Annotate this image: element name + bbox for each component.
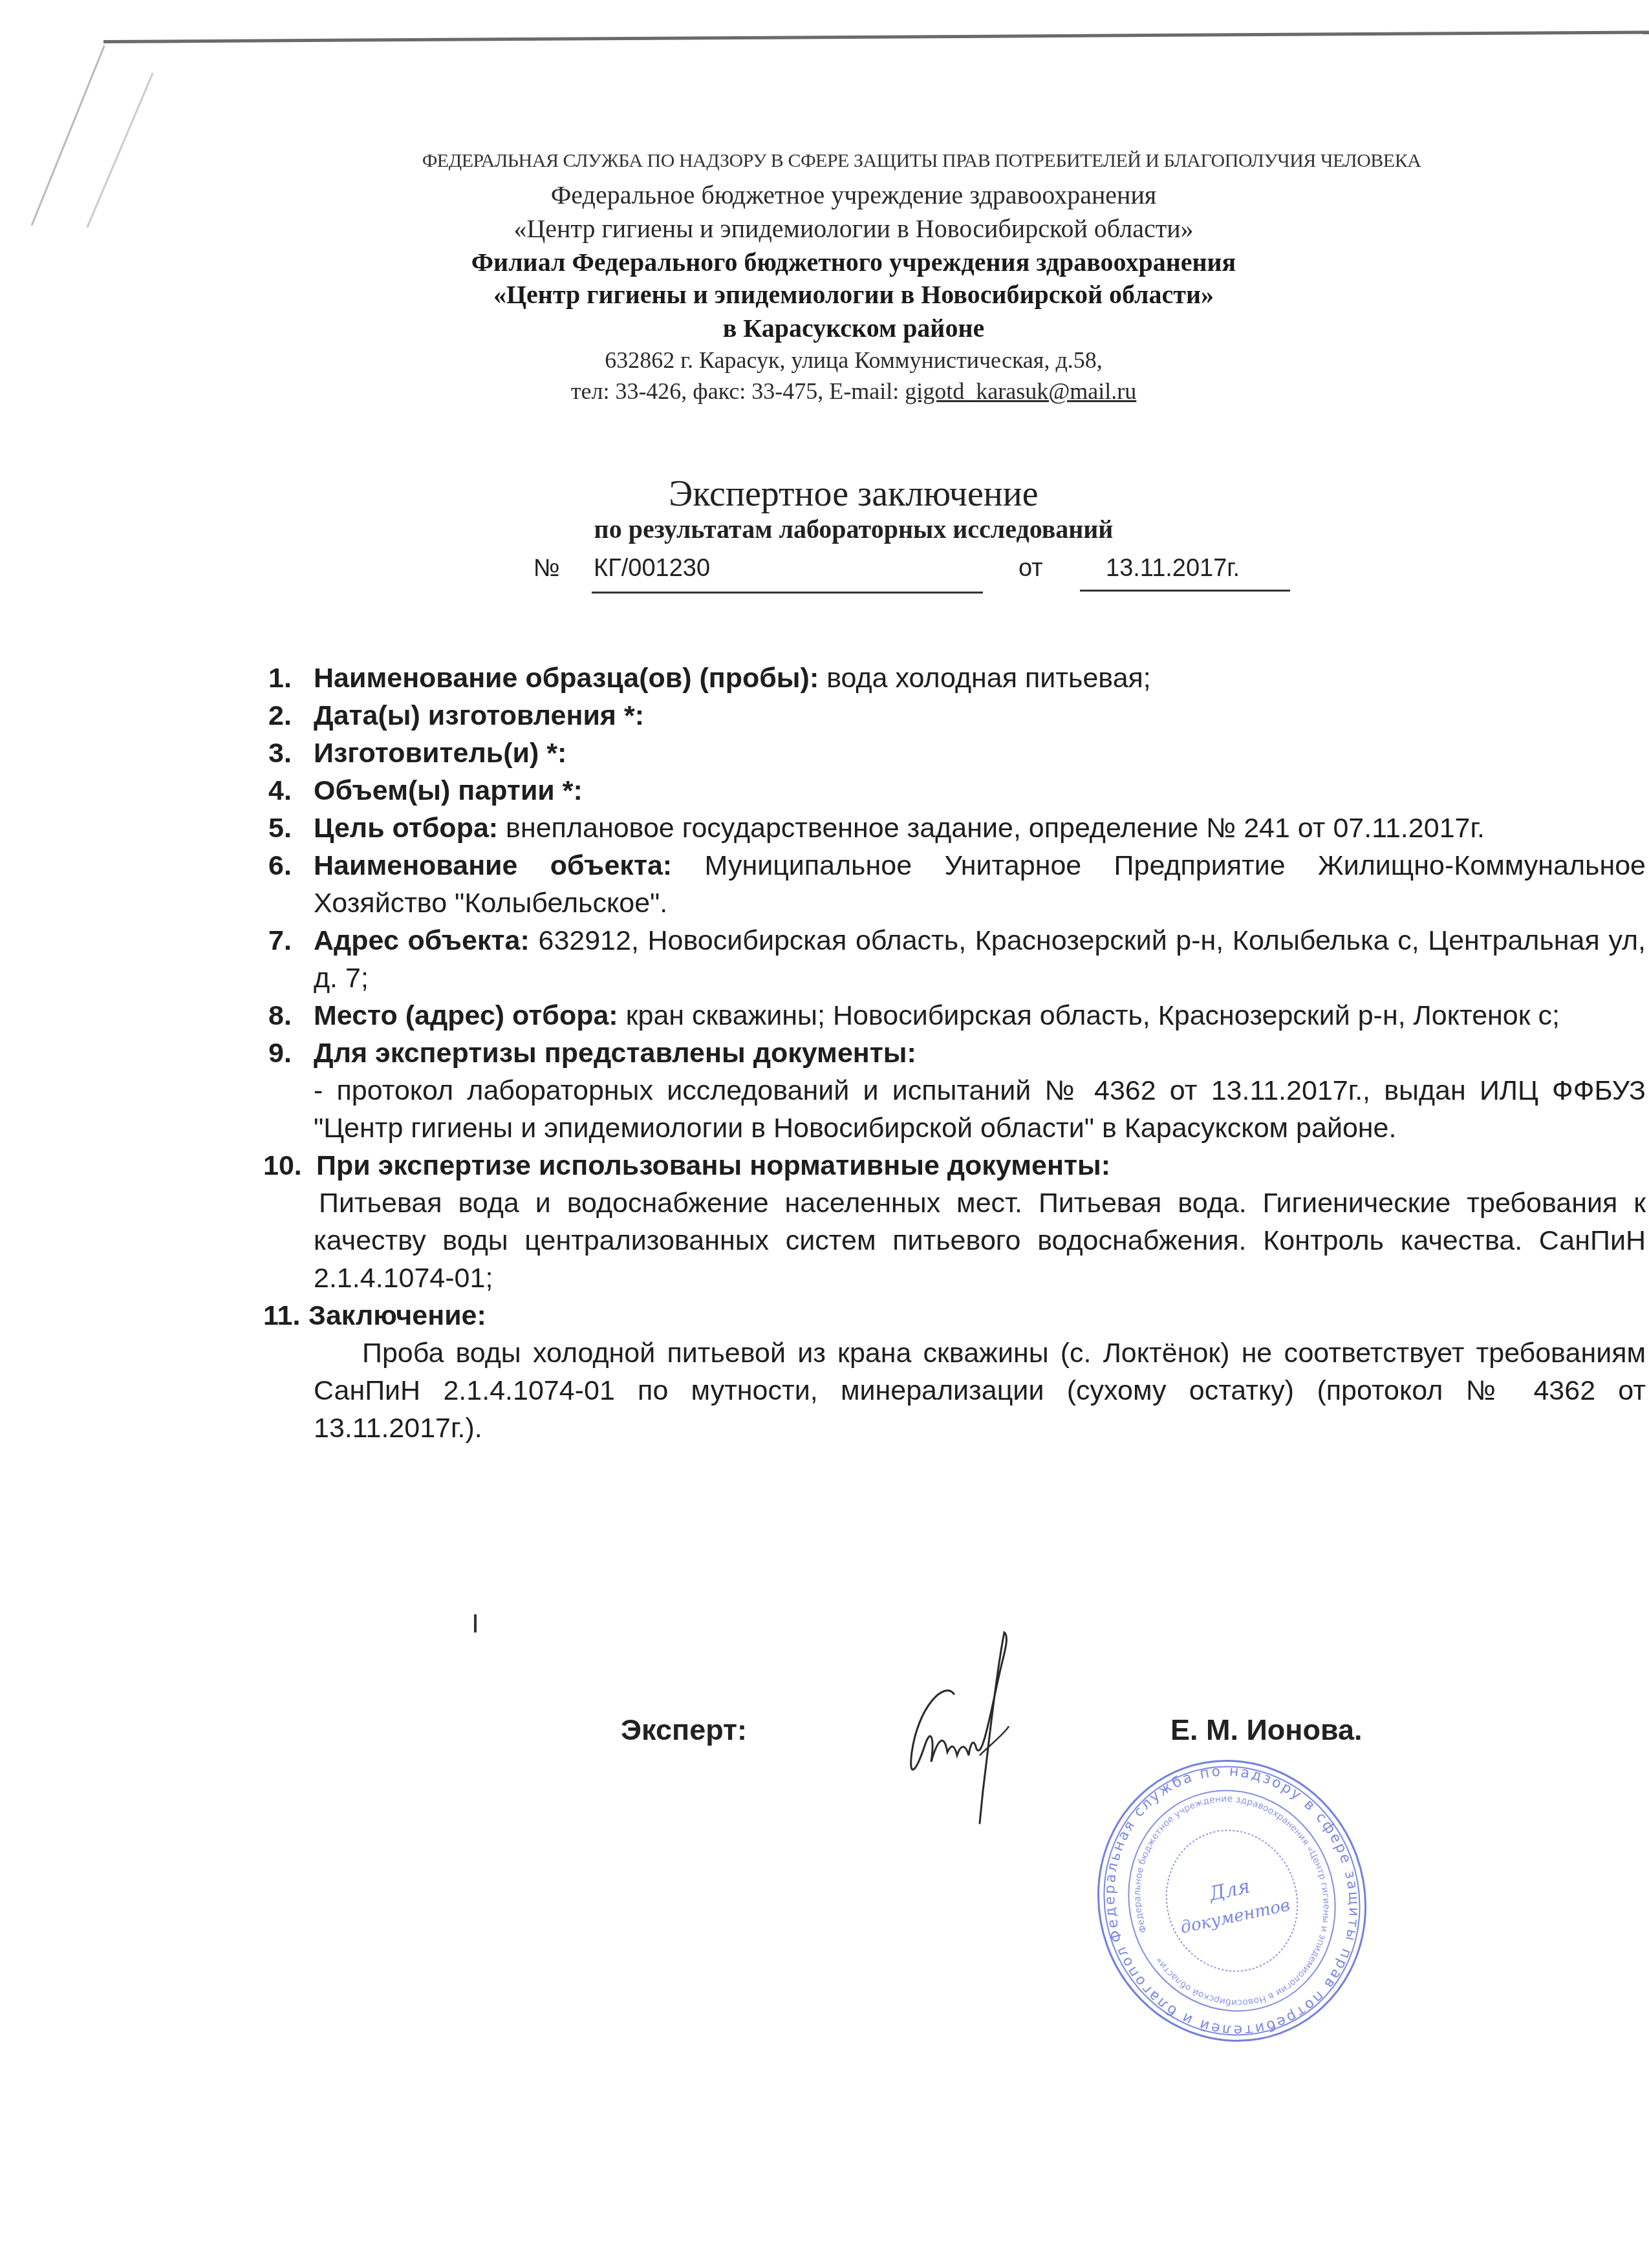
document-subtitle: по результатам лабораторных исследований (0, 514, 1649, 544)
conclusion-items: 1. Наименование образца(ов) (пробы): вод… (268, 659, 1646, 1447)
item-number: 2. (268, 697, 314, 734)
item-documents-provided-detail: - протокол лабораторных исследований и и… (268, 1072, 1646, 1147)
item-label: Наименование объекта: (314, 850, 672, 881)
item-conclusion: 11. Заключение: (268, 1297, 1646, 1334)
item-number: 8. (268, 997, 314, 1034)
item-label: Дата(ы) изготовления *: (314, 700, 644, 731)
branch-line-2: «Центр гигиены и эпидемиологии в Новосиб… (0, 279, 1649, 310)
item-value: внеплановое государственное задание, опр… (498, 813, 1485, 844)
item-number: 9. (268, 1034, 314, 1072)
item-label: Адрес объекта: (314, 925, 530, 956)
scan-edge-top (103, 30, 1649, 43)
item-detail: Проба воды холодной питьевой из крана ск… (314, 1334, 1646, 1447)
item-value: кран скважины; Новосибирская область, Кр… (618, 1000, 1560, 1031)
item-sample-name: 1. Наименование образца(ов) (пробы): вод… (268, 659, 1646, 697)
item-object-address: 7. Адрес объекта: 632912, Новосибирская … (268, 922, 1646, 997)
item-label: Место (адрес) отбора: (314, 1000, 618, 1031)
item-label: Объем(ы) партии *: (314, 775, 583, 806)
item-number: 10. (263, 1147, 316, 1184)
branch-contacts: тел: 33-426, факс: 33-475, E-mail: gigot… (0, 378, 1649, 405)
item-number: 7. (268, 922, 314, 997)
stamp-icon: Федеральная служба по надзору в сфере за… (1093, 1755, 1371, 2046)
stamp-center-line-1: Для (1206, 1875, 1252, 1906)
document-number: КГ/001230 (594, 555, 710, 583)
scan-mark (474, 1614, 477, 1632)
institution-line-2: «Центр гигиены и эпидемиологии в Новосиб… (0, 213, 1649, 244)
item-normative-documents: 10. При экспертизе использованы норматив… (268, 1147, 1646, 1184)
number-underline (592, 592, 983, 594)
handwritten-signature-icon (892, 1623, 1086, 1836)
item-number: 11. (263, 1297, 308, 1334)
item-manufacturer: 3. Изготовитель(и) *: (268, 734, 1646, 772)
item-number: 4. (268, 772, 314, 809)
expert-label: Эксперт: (621, 1713, 747, 1747)
branch-address: 632862 г. Карасук, улица Коммунистическа… (0, 347, 1649, 374)
item-sampling-place: 8. Место (адрес) отбора: кран скважины; … (268, 997, 1646, 1034)
date-underline (1080, 590, 1290, 592)
branch-line-1: Филиал Федерального бюджетного учреждени… (0, 247, 1649, 277)
expert-name: Е. М. Ионова. (1170, 1713, 1363, 1747)
item-number: 1. (268, 659, 314, 697)
item-number: 5. (268, 809, 314, 847)
agency-name: ФЕДЕРАЛЬНАЯ СЛУЖБА ПО НАДЗОРУ В СФЕРЕ ЗА… (0, 150, 1649, 172)
number-label: № (533, 555, 560, 583)
item-label: Для экспертизы представлены документы: (314, 1038, 916, 1069)
item-number: 3. (268, 734, 314, 772)
document-title: Экспертное заключение (0, 473, 1649, 515)
contacts-text: тел: 33-426, факс: 33-475, E-mail: (571, 378, 905, 404)
item-label: Наименование образца(ов) (пробы): (314, 663, 819, 694)
item-sampling-purpose: 5. Цель отбора: внеплановое государствен… (268, 809, 1646, 847)
item-normative-documents-detail: Питьевая вода и водоснабжение населенных… (268, 1184, 1646, 1297)
branch-line-3: в Карасукском районе (0, 313, 1649, 343)
item-manufacture-date: 2. Дата(ы) изготовления *: (268, 697, 1646, 734)
item-batch-volume: 4. Объем(ы) партии *: (268, 772, 1646, 809)
item-value: вода холодная питьевая; (819, 663, 1151, 694)
item-object-name: 6. Наименование объекта: Муниципальное У… (268, 847, 1646, 922)
item-detail: Питьевая вода и водоснабжение населенных… (314, 1184, 1646, 1297)
item-conclusion-detail: Проба воды холодной питьевой из крана ск… (268, 1334, 1646, 1447)
item-label: Заключение: (308, 1300, 486, 1331)
item-number: 6. (268, 847, 314, 922)
institution-line-1: Федеральное бюджетное учреждение здравоо… (0, 180, 1649, 210)
stamp-center-line-2: документов (1179, 1896, 1292, 1938)
official-stamp: Федеральная служба по надзору в сфере за… (1093, 1755, 1371, 2046)
item-detail: - протокол лабораторных исследований и и… (314, 1072, 1646, 1147)
date-label: от (1018, 555, 1043, 583)
item-label: Изготовитель(и) *: (314, 738, 566, 769)
document-date: 13.11.2017г. (1106, 555, 1240, 583)
item-documents-provided: 9. Для экспертизы представлены документы… (268, 1034, 1646, 1072)
item-label: Цель отбора: (314, 813, 498, 844)
email-link[interactable]: gigotd_karasuk@mail.ru (905, 378, 1136, 404)
item-label: При экспертизе использованы нормативные … (316, 1150, 1110, 1181)
